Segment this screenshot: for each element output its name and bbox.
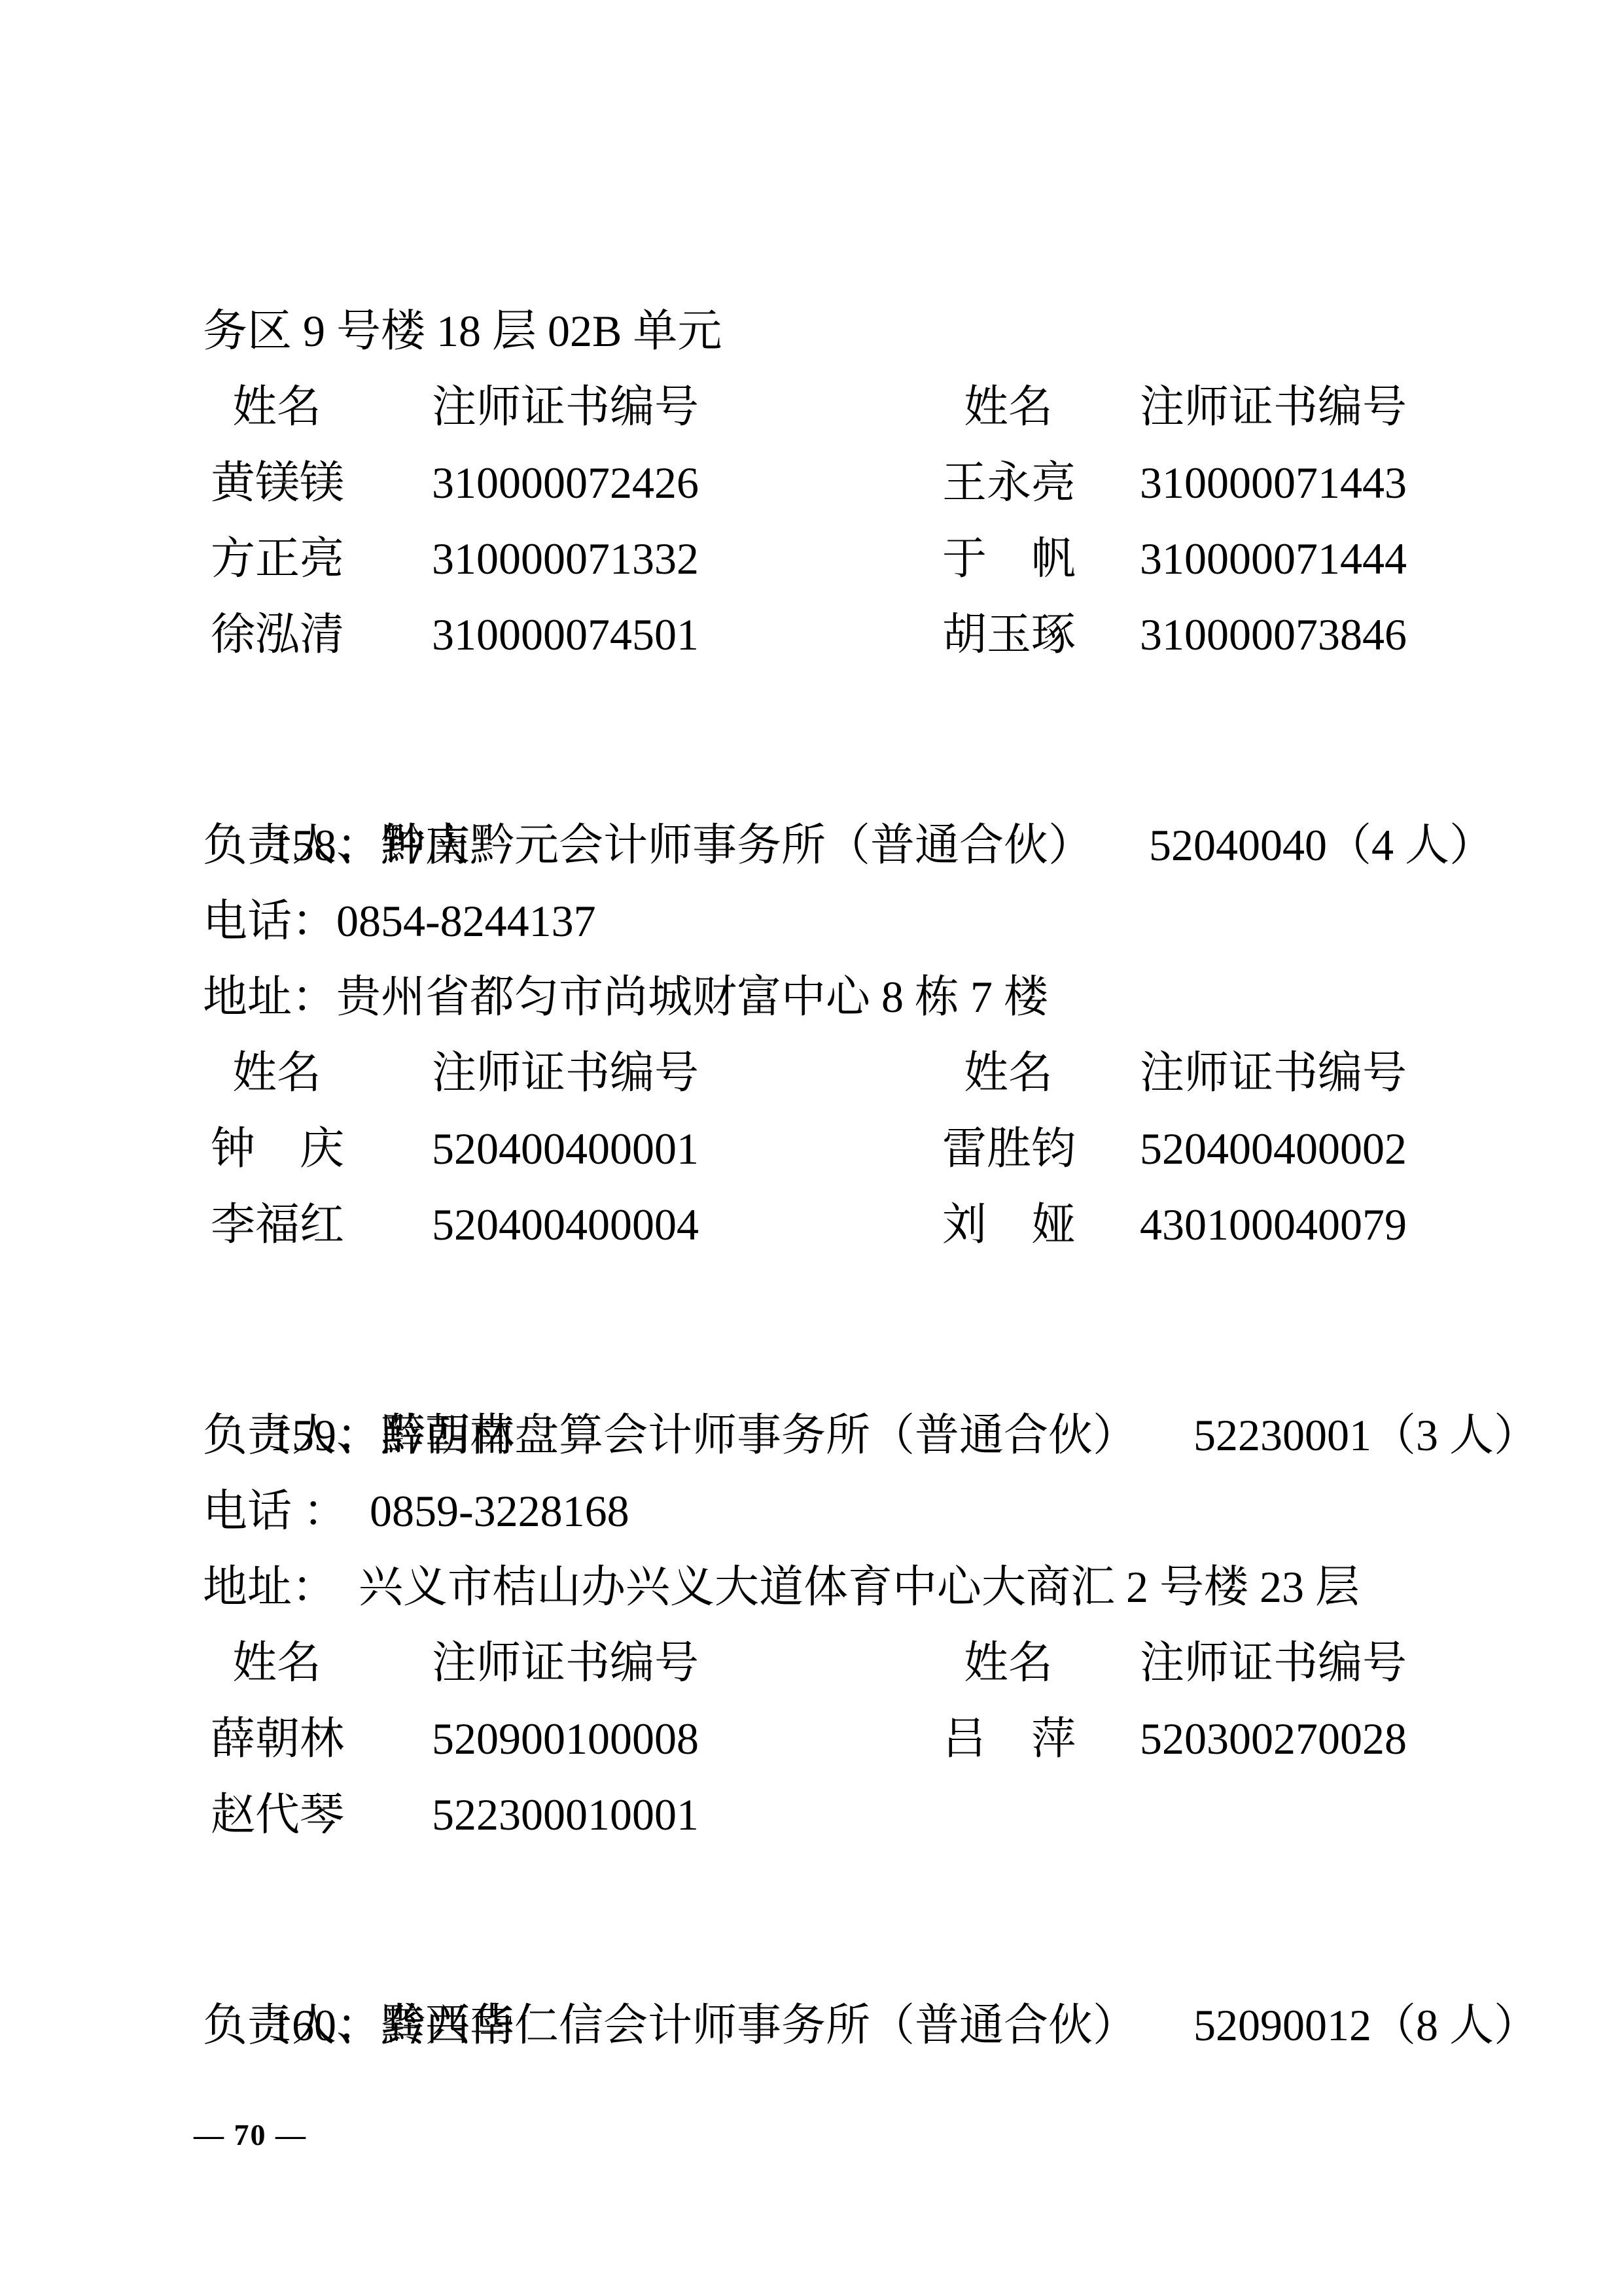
address-continuation-line: 务区 9 号楼 18 层 02B 单元	[203, 293, 1485, 369]
col-header-name-left: 姓名	[232, 369, 321, 445]
accountant-name: 钟 庆	[211, 1111, 344, 1187]
table-header-row: 姓名 注师证书编号 姓名 注师证书编号	[203, 369, 1485, 445]
firm-heading-160: 160、黔西南仁信会计师事务所（普通合伙）52090012（8 人）	[203, 1911, 1485, 1987]
accountant-name: 徐泓清	[211, 597, 344, 672]
accountant-cert-number: 310000071443	[1140, 445, 1407, 521]
document-page: 务区 9 号楼 18 层 02B 单元 姓名 注师证书编号 姓名 注师证书编号 …	[0, 0, 1624, 2296]
table-row: 方正亮 310000071332 于 帆 310000071444	[203, 521, 1485, 597]
firm-heading-158: 158、黔南黔元会计师事务所（普通合伙）52040040（4 人）	[203, 731, 1485, 807]
accountant-cert-number: 520400400004	[432, 1187, 699, 1262]
accountant-name: 胡玉琢	[942, 597, 1076, 672]
col-header-cert-right: 注师证书编号	[1140, 1625, 1407, 1701]
col-header-cert-right: 注师证书编号	[1140, 1035, 1407, 1111]
accountant-name: 方正亮	[211, 521, 344, 597]
col-header-name-left: 姓名	[232, 1035, 321, 1111]
col-header-name-left: 姓名	[232, 1625, 321, 1701]
table-row: 徐泓清 310000074501 胡玉琢 310000073846	[203, 597, 1485, 672]
firm-phone-line: 电话 ： 0859-3228168	[203, 1473, 1485, 1549]
col-header-name-right: 姓名	[964, 1035, 1053, 1111]
section-gap	[203, 672, 1485, 731]
firm-address-line: 地址：贵州省都匀市尚城财富中心 8 栋 7 楼	[203, 959, 1485, 1035]
section-gap	[203, 1262, 1485, 1321]
accountant-name: 雷胜钧	[942, 1111, 1076, 1187]
accountant-cert-number: 310000073846	[1140, 597, 1407, 672]
accountant-name: 薛朝林	[211, 1701, 344, 1777]
accountant-cert-number: 520900100008	[432, 1701, 699, 1777]
table-row: 李福红 520400400004 刘 娅 430100040079	[203, 1187, 1485, 1262]
col-header-cert-left: 注师证书编号	[432, 369, 699, 445]
firm-heading-159: 159、黔西南盘算会计师事务所（普通合伙）52230001（3 人）	[203, 1321, 1485, 1397]
accountant-cert-number: 520300270028	[1140, 1701, 1407, 1777]
col-header-cert-right: 注师证书编号	[1140, 369, 1407, 445]
accountant-name: 赵代琴	[211, 1777, 344, 1852]
table-row: 赵代琴 522300010001	[203, 1777, 1485, 1852]
table-header-row: 姓名 注师证书编号 姓名 注师证书编号	[203, 1035, 1485, 1111]
accountant-name: 王永亮	[942, 445, 1076, 521]
section-gap	[203, 1852, 1485, 1911]
col-header-cert-left: 注师证书编号	[432, 1035, 699, 1111]
table-row: 薛朝林 520900100008 吕 萍 520300270028	[203, 1701, 1485, 1777]
firm-leader-line: 负责人：龚兴华	[203, 1987, 1485, 2063]
col-header-name-right: 姓名	[964, 1625, 1053, 1701]
col-header-name-right: 姓名	[964, 369, 1053, 445]
document-content: 务区 9 号楼 18 层 02B 单元 姓名 注师证书编号 姓名 注师证书编号 …	[203, 293, 1485, 2063]
table-header-row: 姓名 注师证书编号 姓名 注师证书编号	[203, 1625, 1485, 1701]
accountant-cert-number: 520400400001	[432, 1111, 699, 1187]
accountant-cert-number: 430100040079	[1140, 1187, 1407, 1262]
firm-leader-line: 负责人：钟庆	[203, 807, 1485, 883]
accountant-name: 吕 萍	[942, 1701, 1076, 1777]
accountant-cert-number: 310000071332	[432, 521, 699, 597]
table-row: 黄镁镁 310000072426 王永亮 310000071443	[203, 445, 1485, 521]
firm-address-line: 地址： 兴义市桔山办兴义大道体育中心大商汇 2 号楼 23 层	[203, 1549, 1485, 1625]
accountant-cert-number: 522300010001	[432, 1777, 699, 1852]
accountant-cert-number: 310000074501	[432, 597, 699, 672]
accountant-name: 于 帆	[942, 521, 1076, 597]
table-row: 钟 庆 520400400001 雷胜钧 520400400002	[203, 1111, 1485, 1187]
accountant-name: 李福红	[211, 1187, 344, 1262]
accountant-name: 刘 娅	[942, 1187, 1076, 1262]
accountant-cert-number: 310000071444	[1140, 521, 1407, 597]
accountant-cert-number: 310000072426	[432, 445, 699, 521]
firm-leader-line: 负责人：薛朝林	[203, 1397, 1485, 1473]
page-number: — 70 —	[194, 2118, 307, 2152]
accountant-cert-number: 520400400002	[1140, 1111, 1407, 1187]
accountant-name: 黄镁镁	[211, 445, 344, 521]
firm-phone-line: 电话：0854-8244137	[203, 883, 1485, 959]
col-header-cert-left: 注师证书编号	[432, 1625, 699, 1701]
